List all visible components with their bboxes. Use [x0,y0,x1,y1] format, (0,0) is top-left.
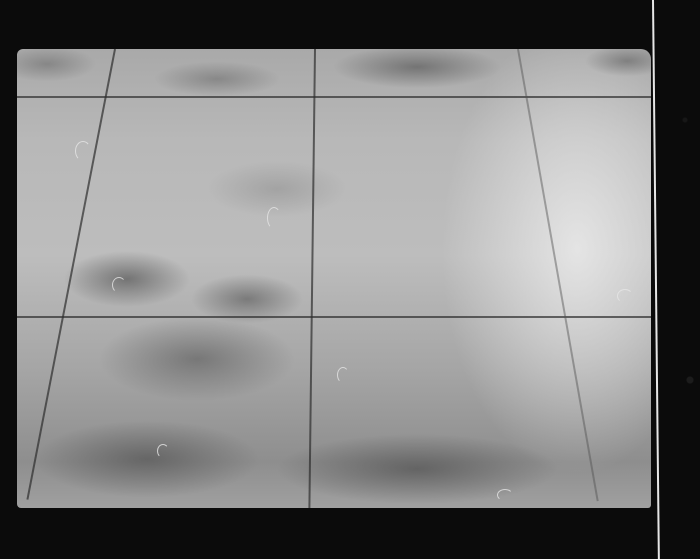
photographic-plate [17,49,651,508]
dust-speck [75,141,91,161]
grid-line-vertical [26,49,116,500]
dust-speck [497,489,513,501]
grid-line-horizontal [17,96,651,98]
dust-speck [112,277,126,293]
grid-line-horizontal [17,316,651,318]
grid-line-vertical [308,49,316,508]
grid-line-vertical [517,49,599,501]
dust-speck [337,367,349,383]
dust-speck [617,289,633,303]
dust-speck [157,444,169,458]
dust-speck [267,207,281,229]
